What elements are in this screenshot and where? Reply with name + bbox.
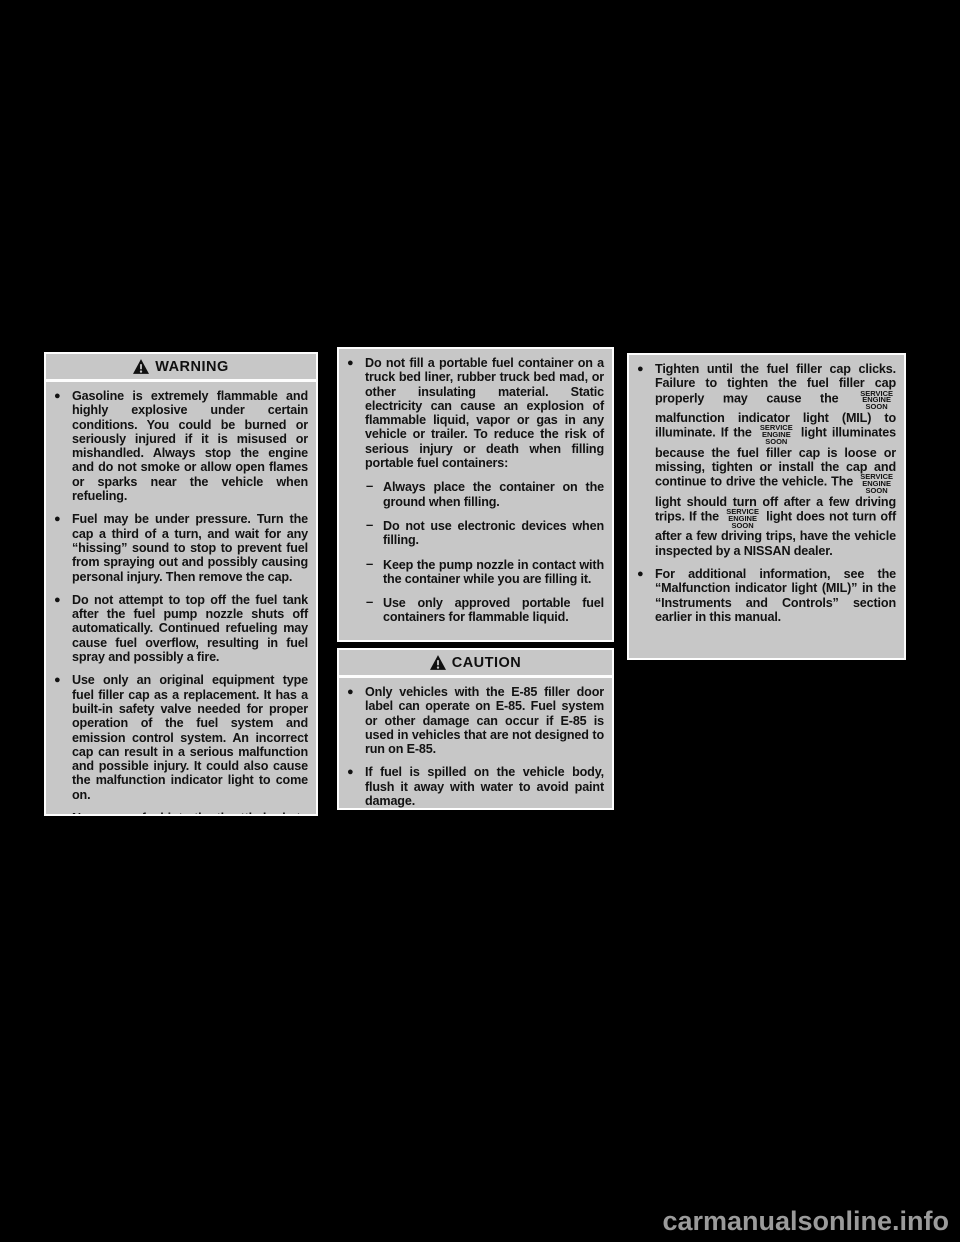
warning-box-header: WARNING xyxy=(46,354,316,382)
bullet-icon: ● xyxy=(637,567,644,581)
list-item: ●If fuel is spilled on the vehicle body,… xyxy=(346,765,604,808)
dash-icon: – xyxy=(366,479,373,493)
bullet-icon: ● xyxy=(637,362,644,376)
service-engine-soon-indicator: SERVICEENGINESOON xyxy=(860,474,893,494)
manual-page: WARNING ●Gasoline is extremely flammable… xyxy=(0,0,960,1242)
service-engine-soon-indicator: SERVICEENGINESOON xyxy=(726,509,759,529)
warning-box: WARNING ●Gasoline is extremely flammable… xyxy=(44,352,318,816)
list-item: ●Never pour fuel into the throttle body … xyxy=(53,811,308,816)
warning-box-body: ●Gasoline is extremely flammable and hig… xyxy=(46,382,316,816)
caution-triangle-icon xyxy=(430,655,446,670)
warning-triangle-icon xyxy=(133,359,149,374)
caution-box: CAUTION ●Only vehicles with the E-85 fil… xyxy=(337,648,614,810)
bullet-icon: ● xyxy=(347,685,354,699)
list-item: ●Use only an original equipment type fue… xyxy=(53,673,308,802)
service-engine-soon-indicator: SERVICEENGINESOON xyxy=(760,425,793,445)
bullet-icon: ● xyxy=(54,593,61,607)
fuel-cap-note-body: ●Tighten until the fuel filler cap click… xyxy=(629,355,904,630)
list-item: ●Tighten until the fuel filler cap click… xyxy=(636,362,896,558)
warning-continuation-body: ●Do not fill a portable fuel container o… xyxy=(339,349,612,631)
caution-title: CAUTION xyxy=(452,655,522,671)
bullet-icon: ● xyxy=(54,673,61,687)
bullet-icon: ● xyxy=(54,811,61,816)
bullet-icon: ● xyxy=(347,765,354,779)
list-item: ●Gasoline is extremely flammable and hig… xyxy=(53,389,308,503)
bullet-icon: ● xyxy=(347,356,354,370)
list-item: ●Fuel may be under pressure. Turn the ca… xyxy=(53,512,308,583)
watermark: carmanualsonline.info xyxy=(662,1206,949,1237)
list-item: –Do not use electronic devices when fill… xyxy=(346,519,604,548)
list-item: ●Do not fill a portable fuel container o… xyxy=(346,356,604,470)
caution-box-header: CAUTION xyxy=(339,650,612,678)
list-item: –Keep the pump nozzle in contact with th… xyxy=(346,558,604,587)
list-item: ●For additional information, see the “Ma… xyxy=(636,567,896,624)
bullet-icon: ● xyxy=(54,512,61,526)
bullet-icon: ● xyxy=(54,389,61,403)
dash-icon: – xyxy=(366,557,373,571)
list-item: –Always place the container on the groun… xyxy=(346,480,604,509)
list-item: –Use only approved portable fuel contain… xyxy=(346,596,604,625)
warning-continuation-box: ●Do not fill a portable fuel container o… xyxy=(337,347,614,642)
warning-title: WARNING xyxy=(155,359,229,375)
list-item: ●Do not attempt to top off the fuel tank… xyxy=(53,593,308,664)
dash-icon: – xyxy=(366,518,373,532)
fuel-cap-note-box: ●Tighten until the fuel filler cap click… xyxy=(627,353,906,660)
list-item: ●Only vehicles with the E-85 filler door… xyxy=(346,685,604,756)
dash-icon: – xyxy=(366,595,373,609)
service-engine-soon-indicator: SERVICEENGINESOON xyxy=(860,391,893,411)
caution-box-body: ●Only vehicles with the E-85 filler door… xyxy=(339,678,612,810)
